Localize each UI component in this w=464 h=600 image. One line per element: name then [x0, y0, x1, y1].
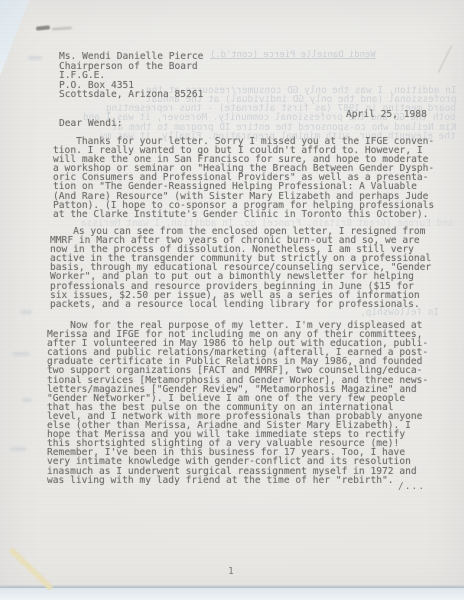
- paragraph: Now for the real purpose of my letter. I…: [47, 321, 428, 485]
- page-number: 1: [228, 566, 234, 577]
- recipient-address: Ms. Wendi Danielle Pierce Chairperson of…: [59, 52, 203, 100]
- continuation-mark: /...: [398, 481, 425, 492]
- paragraph: As you can see from the enclosed open le…: [50, 227, 431, 309]
- scanner-background-strip: [0, 588, 464, 600]
- letter-body: Ms. Wendi Danielle Pierce Chairperson of…: [0, 0, 464, 600]
- salutation: Dear Wendi:: [59, 119, 123, 128]
- scanned-letter-page: Wendi Danielle Pierce (cont'd.) In addit…: [0, 0, 464, 600]
- paragraph: Thanks for your letter. Sorry I missed y…: [53, 137, 434, 219]
- letter-date: April 25, 1988: [346, 110, 427, 119]
